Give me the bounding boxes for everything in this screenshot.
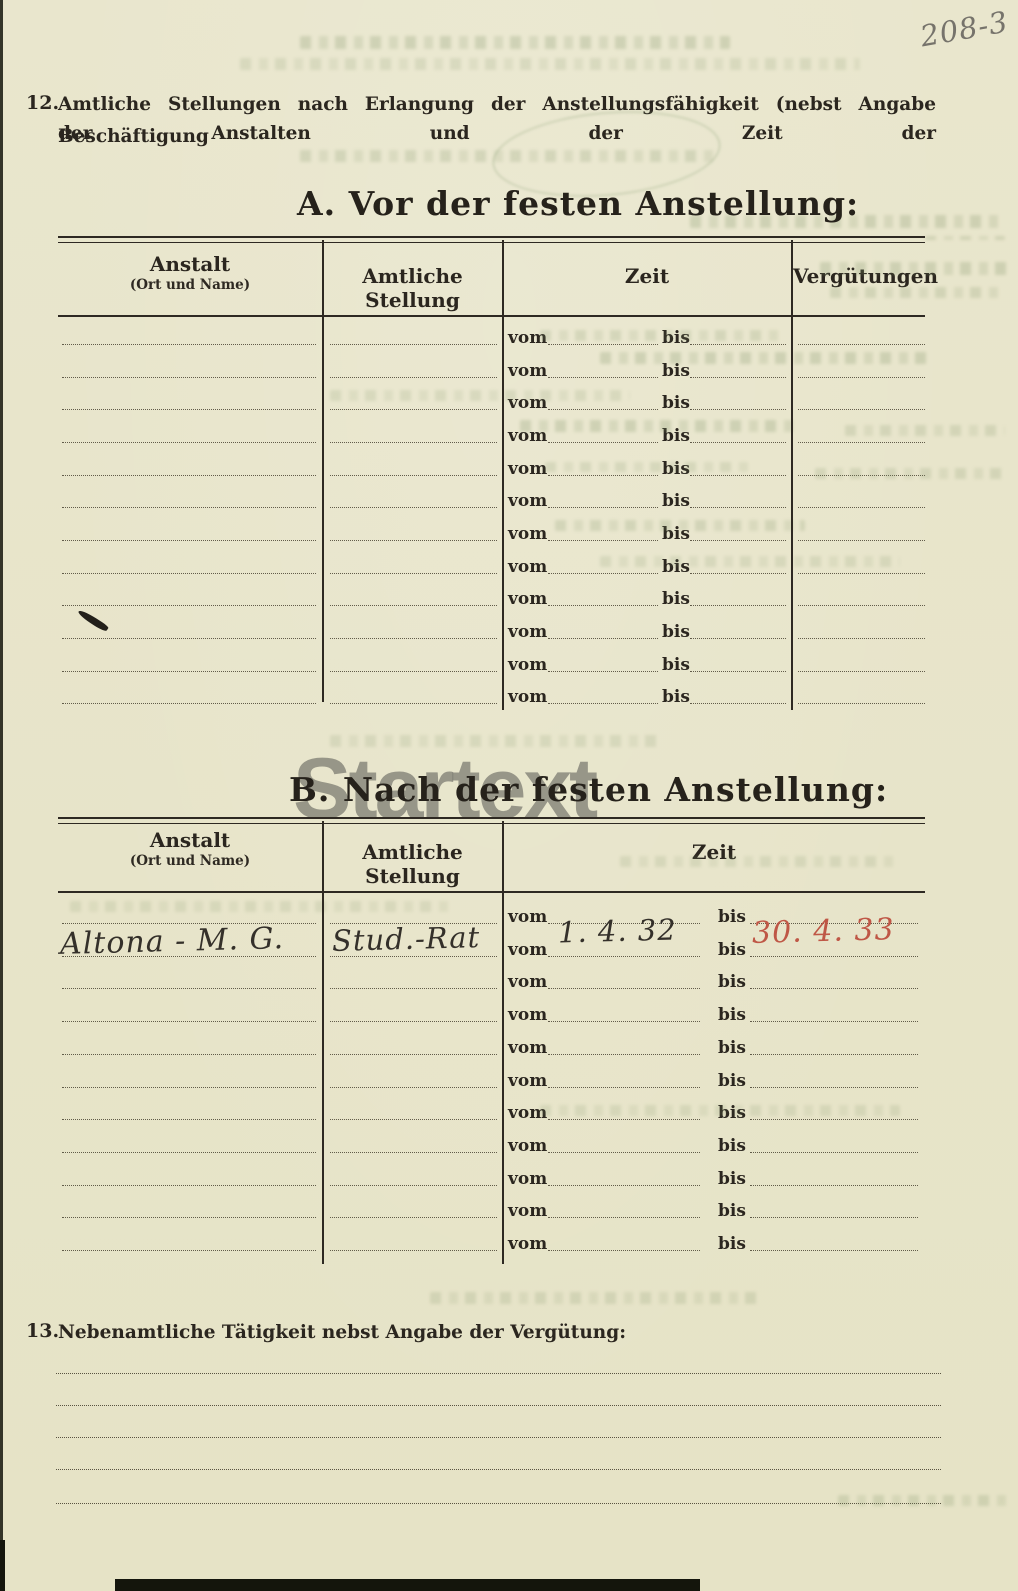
dotted-field bbox=[798, 442, 925, 443]
table-b-row: vombis bbox=[58, 995, 925, 1022]
dotted-field bbox=[690, 671, 786, 672]
dotted-field bbox=[330, 671, 497, 672]
bis-label: bis bbox=[662, 622, 690, 642]
dotted-field bbox=[690, 540, 786, 541]
dotted-field bbox=[548, 540, 658, 541]
dotted-field bbox=[548, 956, 700, 957]
dotted-field bbox=[330, 1185, 497, 1186]
scanned-form-page: 208-3 12. Amtliche Stellungen nach Erlan… bbox=[0, 0, 1018, 1591]
table-a-row: vombis bbox=[58, 612, 925, 639]
dotted-field bbox=[690, 573, 786, 574]
bis-label: bis bbox=[718, 1038, 746, 1058]
dotted-field bbox=[330, 1217, 497, 1218]
table-b-row: vombis bbox=[58, 1159, 925, 1186]
dotted-field bbox=[330, 1087, 497, 1088]
dotted-field bbox=[798, 605, 925, 606]
vom-label: vom bbox=[508, 557, 547, 577]
table-b-row: vombis bbox=[58, 962, 925, 989]
dotted-field bbox=[750, 1119, 918, 1120]
dotted-field bbox=[62, 1185, 316, 1186]
item-12-text-line2: Beschäftigung bbox=[58, 123, 209, 152]
vom-label: vom bbox=[508, 687, 547, 707]
table-b-row: vombis bbox=[58, 1126, 925, 1153]
dotted-field bbox=[330, 475, 497, 476]
bleed-through-text bbox=[620, 856, 900, 867]
dotted-field bbox=[330, 1119, 497, 1120]
dotted-field bbox=[62, 988, 316, 989]
bis-label: bis bbox=[662, 393, 690, 413]
dotted-field bbox=[330, 988, 497, 989]
dotted-field bbox=[330, 638, 497, 639]
dotted-field bbox=[750, 956, 918, 957]
bleed-through-text bbox=[330, 390, 630, 401]
entry-stellung-handwriting: Stud.-Rat bbox=[332, 920, 481, 958]
bleed-through-text bbox=[600, 556, 900, 567]
dotted-field bbox=[330, 1021, 497, 1022]
table-b-row: vombis bbox=[58, 1224, 925, 1251]
dotted-field bbox=[798, 377, 925, 378]
dotted-field bbox=[750, 1250, 918, 1251]
dotted-field bbox=[548, 703, 658, 704]
dotted-field bbox=[690, 638, 786, 639]
dotted-field bbox=[548, 442, 658, 443]
dotted-field bbox=[330, 540, 497, 541]
dotted-field bbox=[690, 507, 786, 508]
section-b-title: B. Nach der festen Anstellung: bbox=[289, 770, 888, 809]
item-13-blank-line bbox=[56, 1469, 941, 1470]
dotted-field bbox=[62, 1021, 316, 1022]
dotted-field bbox=[62, 1217, 316, 1218]
table-b-top-rule bbox=[58, 817, 925, 824]
item-13-blank-line bbox=[56, 1503, 941, 1504]
dotted-field bbox=[548, 573, 658, 574]
dotted-field bbox=[548, 1217, 700, 1218]
dotted-field bbox=[798, 409, 925, 410]
vom-label: vom bbox=[508, 361, 547, 381]
dotted-field bbox=[62, 377, 316, 378]
dotted-field bbox=[798, 540, 925, 541]
dotted-field bbox=[798, 344, 925, 345]
dotted-field bbox=[548, 1054, 700, 1055]
table-a-divider-2 bbox=[502, 240, 504, 710]
bis-label: bis bbox=[662, 491, 690, 511]
dotted-field bbox=[798, 671, 925, 672]
dotted-field bbox=[690, 377, 786, 378]
bleed-through-text bbox=[300, 36, 730, 49]
dotted-field bbox=[330, 1054, 497, 1055]
dotted-field bbox=[330, 573, 497, 574]
item-13-text: Nebenamtliche Tätigkeit nebst Angabe der… bbox=[58, 1319, 626, 1348]
archive-number-note: 208-3 bbox=[918, 5, 1011, 54]
bis-label: bis bbox=[662, 687, 690, 707]
vom-label: vom bbox=[508, 972, 547, 992]
dotted-field bbox=[62, 507, 316, 508]
bis-label: bis bbox=[718, 1169, 746, 1189]
table-a-header-rule bbox=[58, 315, 925, 317]
table-a-row: vombis bbox=[58, 449, 925, 476]
dotted-field bbox=[330, 442, 497, 443]
dotted-field bbox=[548, 475, 658, 476]
dotted-field bbox=[330, 344, 497, 345]
dotted-field bbox=[750, 1054, 918, 1055]
bleed-through-text bbox=[555, 520, 805, 531]
dotted-field bbox=[690, 605, 786, 606]
bleed-through-rule bbox=[925, 236, 1005, 240]
item-12-number: 12. bbox=[26, 92, 59, 114]
scan-edge-bottom bbox=[115, 1579, 700, 1591]
dotted-field bbox=[548, 1119, 700, 1120]
dotted-field bbox=[62, 605, 316, 606]
dotted-field bbox=[690, 703, 786, 704]
bis-label: bis bbox=[718, 907, 746, 927]
dotted-field bbox=[750, 1152, 918, 1153]
bis-label: bis bbox=[718, 1201, 746, 1221]
vom-label: vom bbox=[508, 491, 547, 511]
dotted-field bbox=[798, 573, 925, 574]
dotted-field bbox=[798, 507, 925, 508]
table-b-header-rule bbox=[58, 891, 925, 893]
dotted-field bbox=[690, 344, 786, 345]
dotted-field bbox=[548, 377, 658, 378]
scan-edge-left bbox=[0, 0, 3, 1591]
dotted-field bbox=[548, 671, 658, 672]
vom-label: vom bbox=[508, 1071, 547, 1091]
item-13-blank-line bbox=[56, 1405, 941, 1406]
table-a-row: vombis bbox=[58, 318, 925, 345]
table-b-row: vombis bbox=[58, 1191, 925, 1218]
dotted-field bbox=[62, 1250, 316, 1251]
bis-label: bis bbox=[718, 1005, 746, 1025]
dotted-field bbox=[330, 377, 497, 378]
bleed-through-text bbox=[845, 425, 1005, 436]
dotted-field bbox=[62, 1119, 316, 1120]
dotted-field bbox=[548, 344, 658, 345]
dotted-field bbox=[548, 507, 658, 508]
bleed-through-text bbox=[430, 1292, 760, 1304]
vom-label: vom bbox=[508, 524, 547, 544]
dotted-field bbox=[330, 605, 497, 606]
table-a-row: vombis bbox=[58, 481, 925, 508]
table-b-divider-2 bbox=[502, 821, 504, 1264]
vom-label: vom bbox=[508, 622, 547, 642]
section-a-title: A. Vor der festen Anstellung: bbox=[297, 184, 859, 223]
dotted-field bbox=[750, 1185, 918, 1186]
dotted-field bbox=[330, 1250, 497, 1251]
vom-label: vom bbox=[508, 589, 547, 609]
dotted-field bbox=[62, 638, 316, 639]
dotted-field bbox=[62, 475, 316, 476]
bleed-through-text bbox=[820, 262, 1010, 275]
dotted-field bbox=[62, 573, 316, 574]
table-a-divider-1 bbox=[322, 240, 324, 702]
dotted-field bbox=[62, 442, 316, 443]
table-a-header-zeit: Zeit bbox=[504, 264, 790, 288]
bleed-through-text bbox=[240, 58, 860, 70]
bis-label: bis bbox=[718, 940, 746, 960]
bleed-through-text bbox=[815, 468, 1005, 479]
bleed-through-text bbox=[520, 420, 800, 432]
table-a-row: vombis bbox=[58, 645, 925, 672]
dotted-field bbox=[548, 1185, 700, 1186]
item-13-blank-line bbox=[56, 1437, 941, 1438]
dotted-field bbox=[798, 703, 925, 704]
dotted-field bbox=[690, 475, 786, 476]
bis-label: bis bbox=[662, 655, 690, 675]
dotted-field bbox=[62, 1152, 316, 1153]
bis-label: bis bbox=[718, 1136, 746, 1156]
dotted-field bbox=[62, 1087, 316, 1088]
bleed-through-text bbox=[830, 287, 1005, 298]
dotted-field bbox=[548, 1152, 700, 1153]
dotted-field bbox=[62, 703, 316, 704]
table-b-header-stellung: Amtliche Stellung bbox=[324, 840, 501, 888]
bleed-through-text bbox=[540, 1105, 900, 1116]
vom-label: vom bbox=[508, 1201, 547, 1221]
vom-label: vom bbox=[508, 655, 547, 675]
dotted-field bbox=[798, 638, 925, 639]
dotted-field bbox=[62, 344, 316, 345]
entry-vom-handwriting: 1. 4. 32 bbox=[558, 912, 678, 949]
table-b-row: vombis bbox=[58, 1028, 925, 1055]
dotted-field bbox=[330, 1152, 497, 1153]
scan-edge-left-bottom bbox=[0, 1540, 5, 1591]
vom-label: vom bbox=[508, 1169, 547, 1189]
dotted-field bbox=[548, 1087, 700, 1088]
table-b-header-anstalt: Anstalt bbox=[58, 828, 322, 852]
dotted-field bbox=[62, 671, 316, 672]
dotted-field bbox=[690, 409, 786, 410]
entry-anstalt-handwriting: Altona - M. G. bbox=[60, 921, 285, 962]
item-13-blank-line bbox=[56, 1373, 941, 1374]
dotted-field bbox=[62, 409, 316, 410]
dotted-field bbox=[750, 1021, 918, 1022]
dotted-field bbox=[548, 988, 700, 989]
table-a-top-rule bbox=[58, 236, 925, 243]
dotted-field bbox=[548, 1021, 700, 1022]
vom-label: vom bbox=[508, 1234, 547, 1254]
vom-label: vom bbox=[508, 459, 547, 479]
entry-bis-handwriting-red: 30. 4. 33 bbox=[752, 912, 895, 951]
dotted-field bbox=[548, 409, 658, 410]
dotted-field bbox=[750, 988, 918, 989]
bleed-through-text bbox=[600, 352, 930, 364]
dotted-field bbox=[62, 1054, 316, 1055]
table-a-divider-3 bbox=[791, 240, 793, 710]
dotted-field bbox=[750, 1087, 918, 1088]
vom-label: vom bbox=[508, 1038, 547, 1058]
dotted-field bbox=[548, 605, 658, 606]
table-a-header-anstalt: Anstalt bbox=[58, 252, 322, 276]
table-b-divider-1 bbox=[322, 821, 324, 1264]
bis-label: bis bbox=[718, 1071, 746, 1091]
vom-label: vom bbox=[508, 1136, 547, 1156]
table-a-header-anstalt-sub: (Ort und Name) bbox=[58, 277, 322, 293]
vom-label: vom bbox=[508, 907, 547, 927]
dotted-field bbox=[330, 507, 497, 508]
dotted-field bbox=[62, 540, 316, 541]
bis-label: bis bbox=[718, 1234, 746, 1254]
dotted-field bbox=[690, 442, 786, 443]
dotted-field bbox=[330, 703, 497, 704]
dotted-field bbox=[750, 1217, 918, 1218]
bleed-through-text bbox=[838, 1495, 1008, 1506]
table-a-header-stellung: Amtliche Stellung bbox=[324, 264, 501, 312]
table-b-row: vombis bbox=[58, 1061, 925, 1088]
dotted-field bbox=[330, 409, 497, 410]
bis-label: bis bbox=[662, 589, 690, 609]
bleed-through-text bbox=[300, 150, 720, 162]
bis-label: bis bbox=[718, 972, 746, 992]
table-b-header-anstalt-sub: (Ort und Name) bbox=[58, 853, 322, 869]
bleed-through-text bbox=[545, 462, 755, 472]
table-a-row: vombis bbox=[58, 579, 925, 606]
table-a-row: vombis bbox=[58, 677, 925, 704]
bleed-through-text bbox=[540, 330, 780, 341]
dotted-field bbox=[548, 638, 658, 639]
item-13-number: 13. bbox=[26, 1320, 59, 1342]
dotted-field bbox=[548, 1250, 700, 1251]
bleed-through-text bbox=[70, 901, 450, 912]
vom-label: vom bbox=[508, 1005, 547, 1025]
vom-label: vom bbox=[508, 940, 547, 960]
